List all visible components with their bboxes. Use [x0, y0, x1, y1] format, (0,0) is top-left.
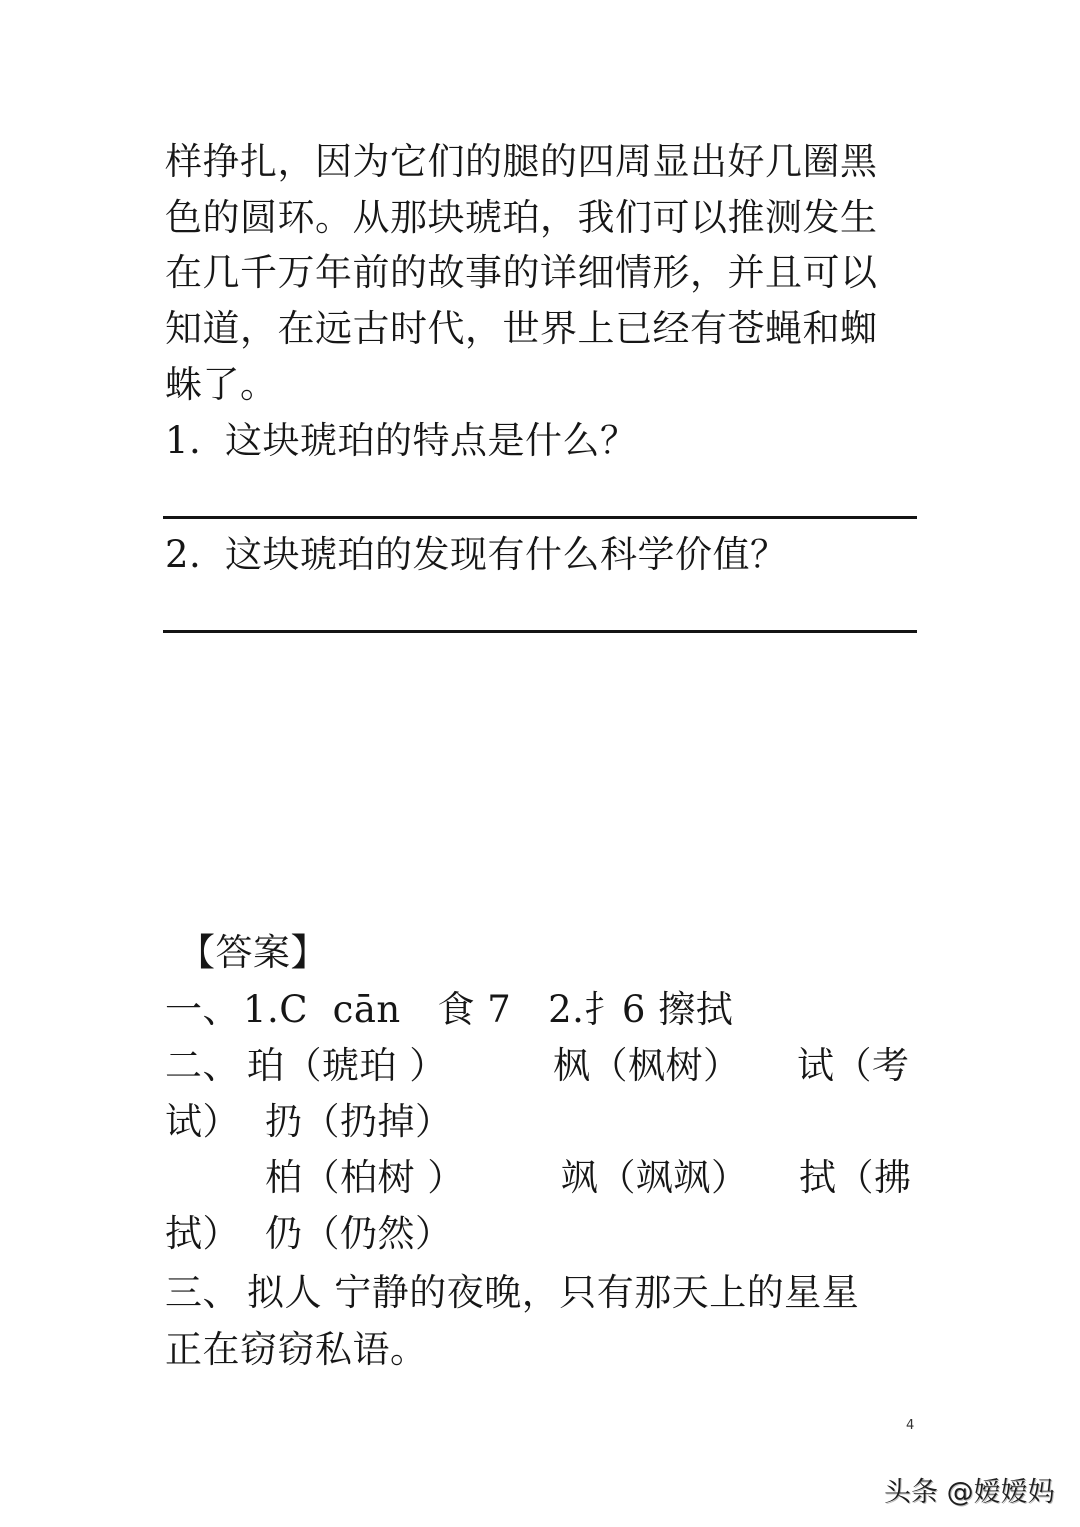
- passage-line: 色的圆环。从那块琥珀，我们可以推测发生: [165, 190, 925, 246]
- passage-line: 知道，在远古时代，世界上已经有苍蝇和蜘: [165, 301, 925, 357]
- answer-section-2-row-2-wrap: 拭） 仍（仍然）: [165, 1206, 925, 1262]
- question-text: 这块琥珀的特点是什么？: [225, 413, 638, 469]
- page-number: 4: [906, 1418, 914, 1433]
- document-page: 样挣扎，因为它们的腿的四周显出好几圈黑 色的圆环。从那块琥珀，我们可以推测发生 …: [0, 0, 1080, 1527]
- answer-item: 枫（枫树）: [553, 1038, 741, 1094]
- answer-section-1: 一、 1.C cān 食 7 2.扌6 擦拭: [165, 982, 925, 1038]
- answer-section-2-row-2: 柏（柏树 ） 飒（飒飒） 拭（拂: [165, 1150, 925, 1206]
- question-text: 这块琥珀的发现有什么科学价值？: [225, 527, 788, 583]
- passage-line: 在几千万年前的故事的详细情形，并且可以: [165, 245, 925, 301]
- answer-item: 扔（扔掉）: [265, 1094, 453, 1150]
- section-label: 一、: [165, 982, 240, 1038]
- question-number: 1.: [165, 413, 201, 469]
- answer-section-3-wrap: 正在窃窃私语。: [165, 1322, 925, 1378]
- answer-section-2-row-1: 二、 珀（琥珀 ） 枫（枫树） 试（考: [165, 1038, 925, 1094]
- answer-item: 拭）: [165, 1206, 240, 1262]
- section-text: 拟人 宁静的夜晚，只有那天上的星星: [247, 1265, 859, 1321]
- answer-item: 拭（拂: [799, 1150, 912, 1206]
- answer-item: 珀（琥珀 ）: [247, 1038, 447, 1094]
- section-label: 二、: [165, 1038, 240, 1094]
- answer-heading: 【答案】: [178, 925, 938, 981]
- answer-line-2[interactable]: [163, 630, 917, 633]
- answer-item: 柏（柏树 ）: [265, 1150, 465, 1206]
- answer-item: 飒（飒飒）: [561, 1150, 749, 1206]
- answer-item: 试（考: [797, 1038, 910, 1094]
- passage-line: 样挣扎，因为它们的腿的四周显出好几圈黑: [165, 134, 925, 190]
- answer-line-1[interactable]: [163, 516, 917, 519]
- answer-section-3: 三、 拟人 宁静的夜晚，只有那天上的星星: [165, 1265, 925, 1321]
- answer-item: 仍（仍然）: [265, 1206, 453, 1262]
- passage-line: 蛛了。: [165, 357, 925, 413]
- answer-item: 试）: [165, 1094, 240, 1150]
- question-2: 2. 这块琥珀的发现有什么科学价值？: [165, 527, 925, 583]
- section-text: 1.C cān 食 7 2.扌6 擦拭: [243, 982, 733, 1038]
- answer-section-2-row-1-wrap: 试） 扔（扔掉）: [165, 1094, 925, 1150]
- question-number: 2.: [165, 527, 201, 583]
- watermark: 头条 @嫒嫒妈: [884, 1470, 1055, 1509]
- section-label: 三、: [165, 1265, 240, 1321]
- question-1: 1. 这块琥珀的特点是什么？: [165, 413, 925, 469]
